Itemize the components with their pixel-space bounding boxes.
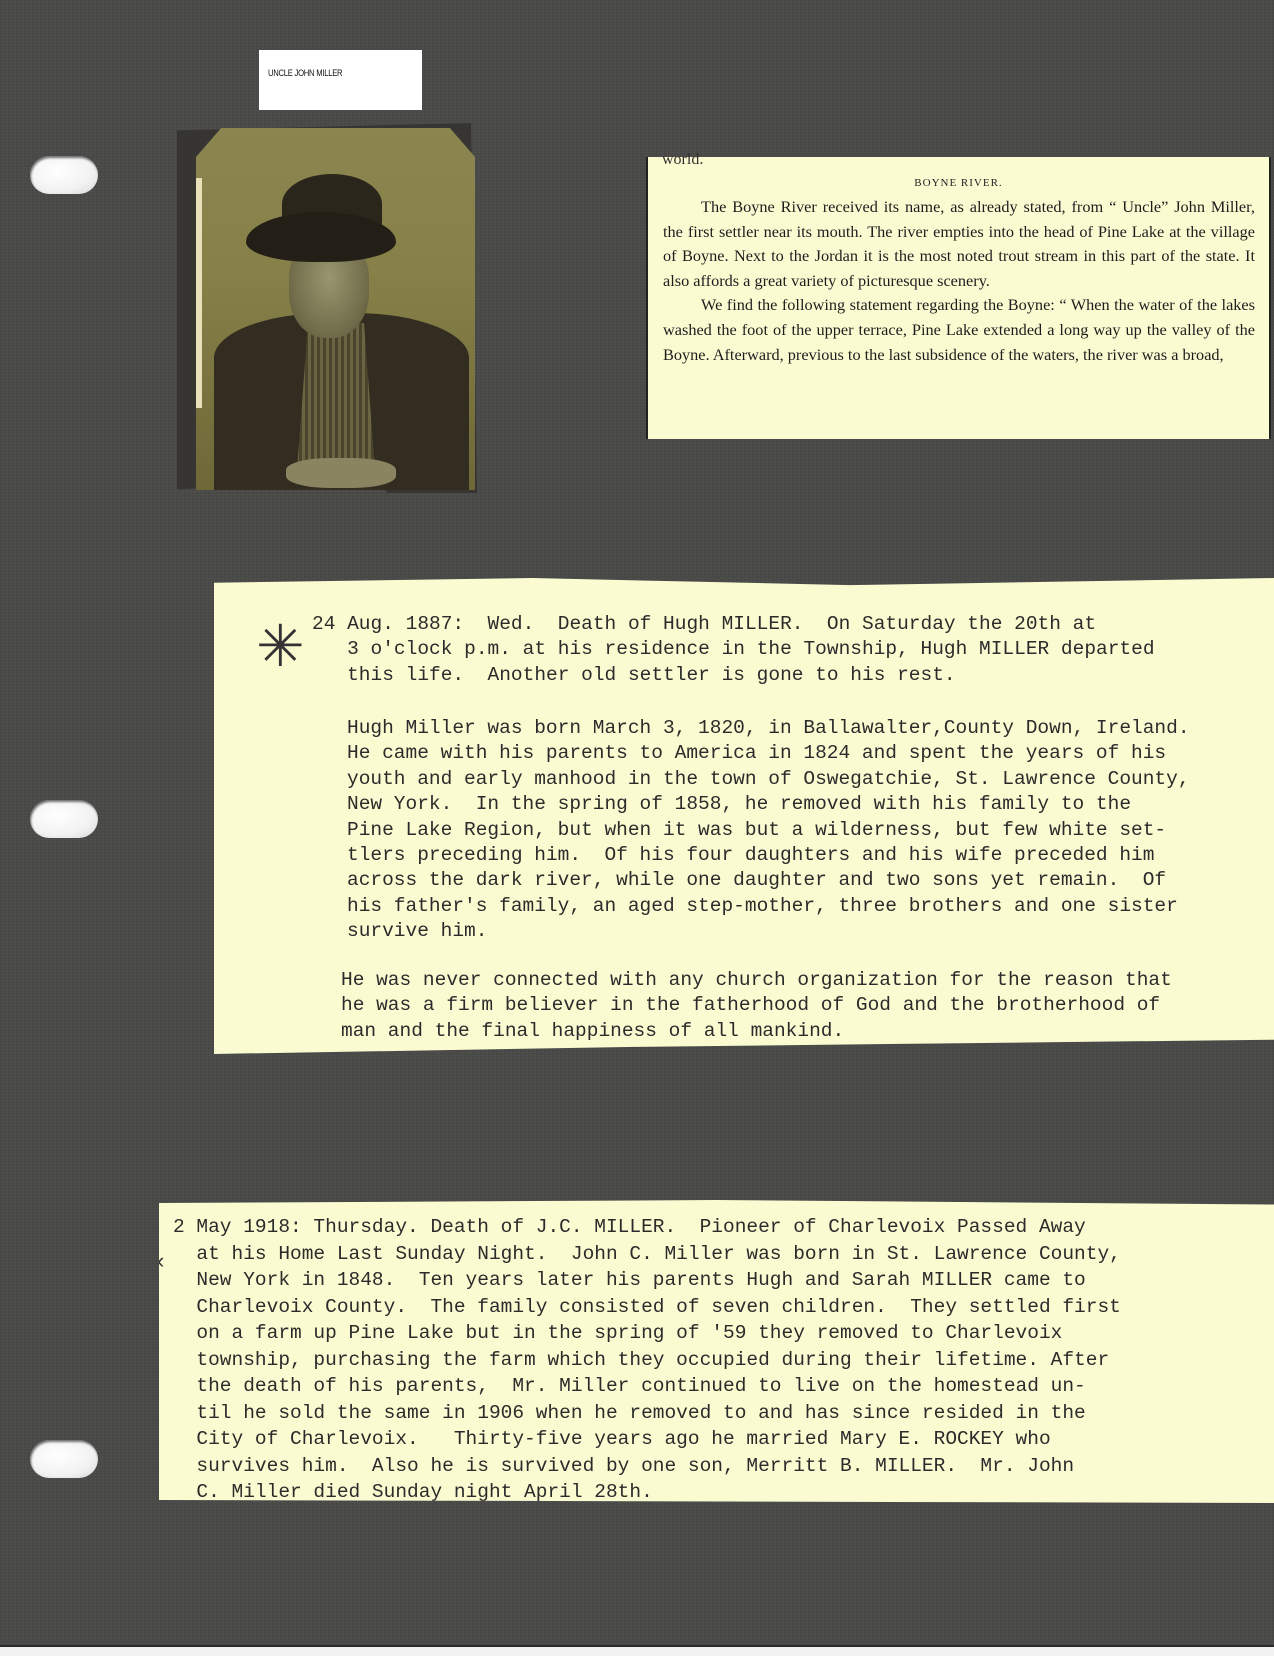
torn-top-text: world. — [662, 151, 703, 169]
boyne-river-clipping: world. BOYNE RIVER. The Boyne River rece… — [646, 157, 1271, 439]
obituary-body: 2 May 1918: Thursday. Death of J.C. MILL… — [173, 1214, 1121, 1506]
obituary-paragraph-belief: He was never connected with any church o… — [341, 968, 1172, 1044]
text-line: New York. In the spring of 1858, he remo… — [347, 792, 1190, 817]
text-line: C. Miller died Sunday night April 28th. — [173, 1479, 1121, 1506]
punch-hole-top — [30, 156, 98, 194]
obituary-paragraph-birth: Hugh Miller was born March 3, 1820, in B… — [347, 716, 1190, 945]
photo-hands — [286, 458, 396, 488]
punch-hole-bottom — [30, 1440, 98, 1478]
photo-torn-edge — [196, 178, 202, 408]
paragraph: The Boyne River received its name, as al… — [663, 195, 1255, 293]
text-line: survive him. — [347, 919, 1190, 944]
text-line: across the dark river, while one daughte… — [347, 868, 1190, 893]
margin-mark-icon: ‹ — [157, 1248, 164, 1274]
photo-label: UNCLE JOHN MILLER — [259, 50, 422, 110]
portrait-photo — [196, 128, 475, 490]
paragraph: We find the following statement regardin… — [663, 293, 1255, 367]
hugh-miller-obituary-clipping: ✳ 24 Aug. 1887: Wed. Death of Hugh MILLE… — [214, 578, 1274, 1054]
text-line: 2 May 1918: Thursday. Death of J.C. MILL… — [173, 1214, 1121, 1241]
text-line: New York in 1848. Ten years later his pa… — [173, 1267, 1121, 1294]
text-line: on a farm up Pine Lake but in the spring… — [173, 1320, 1121, 1347]
text-line: Pine Lake Region, but when it was but a … — [347, 818, 1190, 843]
text-line: the death of his parents, Mr. Miller con… — [173, 1373, 1121, 1400]
text-line: at his Home Last Sunday Night. John C. M… — [173, 1241, 1121, 1268]
text-line: tlers preceding him. Of his four daughte… — [347, 843, 1190, 868]
obituary-header: 24 Aug. 1887: Wed. Death of Hugh MILLER.… — [312, 612, 1155, 688]
text-line: he was a firm believer in the fatherhood… — [341, 993, 1172, 1018]
clipping-heading: BOYNE RIVER. — [648, 177, 1269, 189]
text-line: Hugh Miller was born March 3, 1820, in B… — [347, 716, 1190, 741]
text-line: survives him. Also he is survived by one… — [173, 1453, 1121, 1480]
text-line: this life. Another old settler is gone t… — [312, 663, 1155, 688]
text-line: 24 Aug. 1887: Wed. Death of Hugh MILLER.… — [312, 612, 1155, 637]
text-line: City of Charlevoix. Thirty-five years ag… — [173, 1426, 1121, 1453]
text-line: He was never connected with any church o… — [341, 968, 1172, 993]
text-line: Charlevoix County. The family consisted … — [173, 1294, 1121, 1321]
text-line: his father's family, an aged step-mother… — [347, 894, 1190, 919]
text-line: He came with his parents to America in 1… — [347, 741, 1190, 766]
text-line: til he sold the same in 1906 when he rem… — [173, 1400, 1121, 1427]
text-line: 3 o'clock p.m. at his residence in the T… — [312, 637, 1155, 662]
text-line: man and the final happiness of all manki… — [341, 1019, 1172, 1044]
asterisk-mark-icon: ✳ — [256, 612, 305, 680]
punch-hole-middle — [30, 800, 98, 838]
jc-miller-obituary-clipping: ‹ 2 May 1918: Thursday. Death of J.C. MI… — [159, 1200, 1274, 1503]
photo-label-text: UNCLE JOHN MILLER — [268, 68, 342, 78]
text-line: youth and early manhood in the town of O… — [347, 767, 1190, 792]
clipping-body: The Boyne River received its name, as al… — [663, 195, 1255, 367]
page-bottom-edge — [0, 1645, 1274, 1656]
text-line: township, purchasing the farm which they… — [173, 1347, 1121, 1374]
